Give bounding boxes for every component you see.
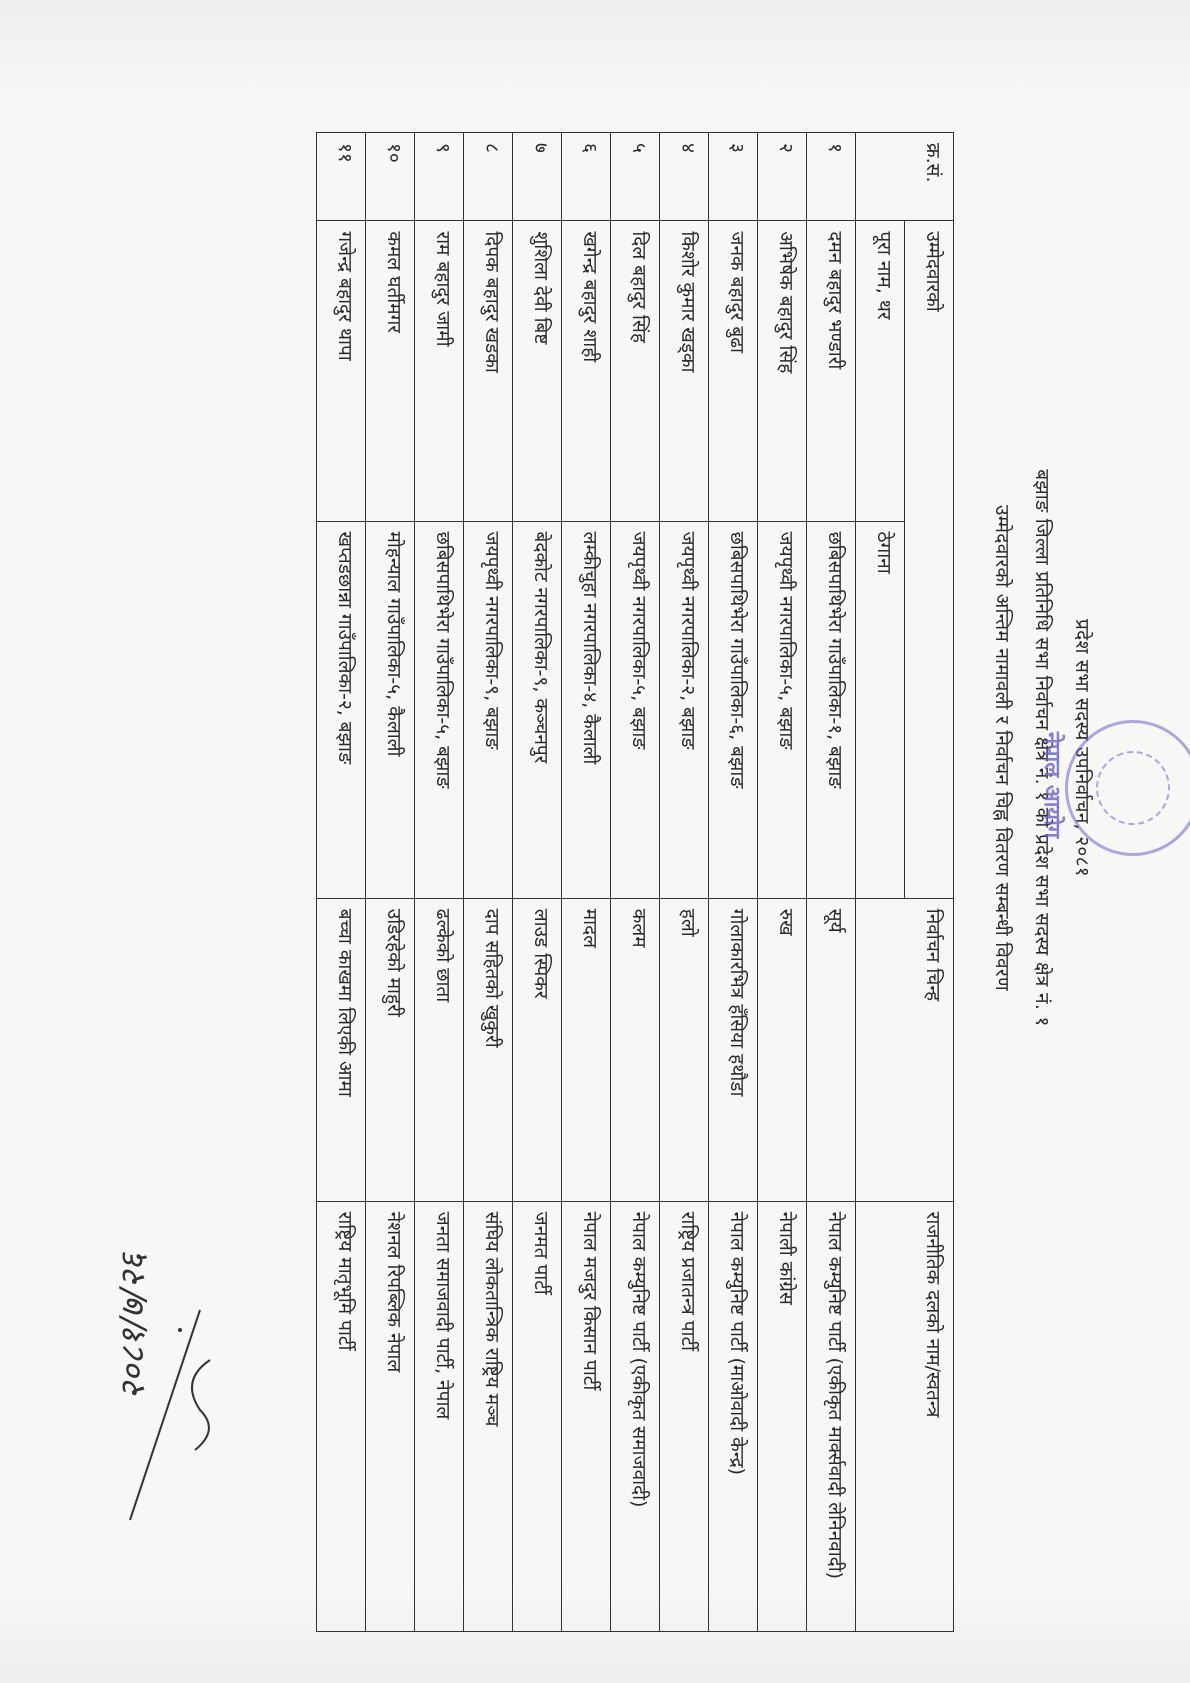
cell-address: जयपृथ्वी नगरपालिका-९, बझाङ (464, 521, 513, 898)
cell-serial: ५ (611, 133, 660, 221)
cell-symbol: गोलाकारभित्र हँसिया हथौडा (709, 898, 758, 1201)
cell-name: दिल बहादुर सिंह (611, 221, 660, 521)
table-row: ११गजेन्द्र बहादुर थापाखप्तडछान्ना गाउँपा… (317, 133, 366, 1632)
cell-name: जनक बहादुर बुढा (709, 221, 758, 521)
cell-name: दमन बहादुर भण्डारी (807, 221, 856, 521)
cell-address: जयपृथ्वी नगरपालिका-५, बझाङ (611, 521, 660, 898)
cell-name: खगेन्द्र बहादुर शाही (562, 221, 611, 521)
header-full-name: पूरा नाम, थर (856, 221, 905, 521)
cell-symbol: बच्चा काखमा लिएकी आमा (317, 898, 366, 1201)
table-row: ९राम बहादुर जामीछबिसपाथिभेरा गाउँपालिका-… (415, 133, 464, 1632)
cell-symbol: सूर्य (807, 898, 856, 1201)
header-serial: क्र.सं. (856, 133, 954, 221)
cell-symbol: रुख (758, 898, 807, 1201)
table-row: १दमन बहादुर भण्डारीछबिसपाथिभेरा गाउँपालि… (807, 133, 856, 1632)
cell-address: जयपृथ्वी नगरपालिका-२, बझाङ (660, 521, 709, 898)
cell-serial: २ (758, 133, 807, 221)
table-row: ४किशोर कुमार खड्काजयपृथ्वी नगरपालिका-२, … (660, 133, 709, 1632)
cell-serial: १ (807, 133, 856, 221)
cell-serial: ९ (415, 133, 464, 221)
header-election-symbol: निर्वाचन चिन्ह (856, 898, 954, 1201)
header-party: राजनीतिक दलको नाम/स्वतन्त्र (856, 1201, 954, 1631)
table-row: ५दिल बहादुर सिंहजयपृथ्वी नगरपालिका-५, बझ… (611, 133, 660, 1632)
cell-party: राष्ट्रिय प्रजातन्त्र पार्टी (660, 1201, 709, 1631)
cell-party: नेपाल मजदुर किसान पार्टी (562, 1201, 611, 1631)
cell-address: छबिसपाथिभेरा गाउँपालिका-५, बझाङ (415, 521, 464, 898)
table-header-row: क्र.सं. उम्मेदवारको निर्वाचन चिन्ह राजनी… (905, 133, 954, 1632)
cell-address: मोहन्याल गाउँपालिका-५, कैलाली (366, 521, 415, 898)
cell-serial: ८ (464, 133, 513, 221)
cell-symbol: मादल (562, 898, 611, 1201)
cell-party: संघिय लोकतान्त्रिक राष्ट्रिय मञ्च (464, 1201, 513, 1631)
table-row: ३जनक बहादुर बुढाछबिसपाथिभेरा गाउँपालिका-… (709, 133, 758, 1632)
cell-serial: ३ (709, 133, 758, 221)
table-row: ६खगेन्द्र बहादुर शाहीलम्कीचुहा नगरपालिका… (562, 133, 611, 1632)
cell-address: छबिसपाथिभेरा गाउँपालिका-६, बझाङ (709, 521, 758, 898)
cell-symbol: लाउड स्पिकर (513, 898, 562, 1201)
cell-address: खप्तडछान्ना गाउँपालिका-२, बझाङ (317, 521, 366, 898)
cell-address: जयपृथ्वी नगरपालिका-५, बझाङ (758, 521, 807, 898)
table-body: १दमन बहादुर भण्डारीछबिसपाथिभेरा गाउँपालि… (317, 133, 856, 1632)
cell-serial: ४ (660, 133, 709, 221)
signature-icon (110, 1300, 230, 1530)
cell-name: शुशिला देवी बिष्ट (513, 221, 562, 521)
cell-party: नेपाल कम्युनिष्ट पार्टी (एकीकृत मार्क्सव… (807, 1201, 856, 1631)
cell-address: छबिसपाथिभेरा गाउँपालिका-१, बझाङ (807, 521, 856, 898)
cell-address: बेदकोट नगरपालिका-९, कञ्चनपुर (513, 521, 562, 898)
cell-address: लम्कीचुहा नगरपालिका-४, कैलाली (562, 521, 611, 898)
cell-party: नेपाल कम्युनिष्ट पार्टी (माओवादी केन्द्र… (709, 1201, 758, 1631)
table-row: ८दिपक बहादुर खडकाजयपृथ्वी नगरपालिका-९, ब… (464, 133, 513, 1632)
cell-party: नेपाली कांग्रेस (758, 1201, 807, 1631)
cell-serial: ११ (317, 133, 366, 221)
cell-symbol: उडिरहेको माहुरी (366, 898, 415, 1201)
cell-symbol: दाप सहितको खुकुरी (464, 898, 513, 1201)
candidate-table: क्र.सं. उम्मेदवारको निर्वाचन चिन्ह राजनी… (316, 132, 954, 1632)
header-address: ठेगाना (856, 521, 905, 898)
cell-party: राष्ट्रिय मातृभूमि पार्टी (317, 1201, 366, 1631)
cell-party: जनता समाजवादी पार्टी, नेपाल (415, 1201, 464, 1631)
cell-serial: १० (366, 133, 415, 221)
cell-party: जनमत पार्टी (513, 1201, 562, 1631)
cell-symbol: ढल्केको छाता (415, 898, 464, 1201)
table-row: २अभिषेक बहादुर सिंहजयपृथ्वी नगरपालिका-५,… (758, 133, 807, 1632)
table-row: ७शुशिला देवी बिष्टबेदकोट नगरपालिका-९, कञ… (513, 133, 562, 1632)
cell-name: दिपक बहादुर खडका (464, 221, 513, 521)
cell-name: गजेन्द्र बहादुर थापा (317, 221, 366, 521)
cell-serial: ७ (513, 133, 562, 221)
cell-name: कमल घर्तीमगर (366, 221, 415, 521)
cell-symbol: हलो (660, 898, 709, 1201)
cell-name: अभिषेक बहादुर सिंह (758, 221, 807, 521)
header-candidate-group: उम्मेदवारको (905, 221, 954, 898)
cell-party: नेशनल रिपब्लिक नेपाल (366, 1201, 415, 1631)
table-row: १०कमल घर्तीमगरमोहन्याल गाउँपालिका-५, कैल… (366, 133, 415, 1632)
document-sheet: प्रदेश सभा सदस्य उपनिर्वाचन, २०८१ बझाङ ज… (230, 118, 1110, 1618)
cell-name: राम बहादुर जामी (415, 221, 464, 521)
cell-party: नेपाल कम्युनिष्ट पार्टी (एकीकृत समाजवादी… (611, 1201, 660, 1631)
cell-serial: ६ (562, 133, 611, 221)
stamp-emblem-icon (1084, 739, 1182, 837)
document-heading: प्रदेश सभा सदस्य उपनिर्वाचन, २०८१ बझाङ ज… (960, 118, 1110, 1618)
stamp-label: नेपाल आयोग (1038, 732, 1068, 838)
heading-subject: उम्मेदवारको अन्तिम नामावली र निर्वाचन चि… (990, 118, 1016, 1378)
cell-name: किशोर कुमार खड्का (660, 221, 709, 521)
cell-symbol: कलम (611, 898, 660, 1201)
